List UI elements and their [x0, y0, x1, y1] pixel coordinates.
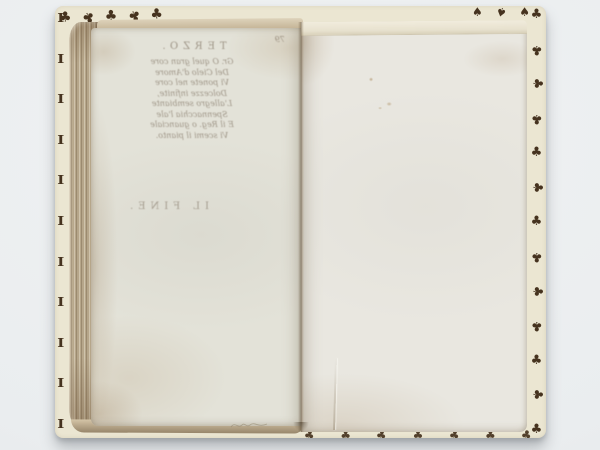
pattern-motif-icon: ♣: [531, 319, 543, 332]
ghost-verse-line: Vi ponete nel core: [99, 78, 285, 89]
gutter-bottom-shadow: [291, 422, 311, 437]
pattern-motif-icon: ♣: [531, 354, 543, 367]
deckle-top-edge: [301, 20, 527, 36]
pattern-motif-icon: ♣: [531, 215, 543, 228]
pattern-motif-icon: I: [57, 296, 64, 308]
ghost-verse-line: Del Cielo d'Amore: [99, 68, 285, 79]
pattern-motif-icon: I: [57, 53, 64, 65]
pattern-motif-icon: ♣: [530, 78, 543, 90]
pattern-motif-icon: ♣: [531, 112, 543, 125]
cover-pattern-right-edge-icon: ♣♣♣♣♣♣♣♣♣♣♣♣♣: [527, 8, 546, 436]
ghost-verse-line: Dolcezze infinite,: [99, 89, 285, 100]
pattern-motif-icon: ♣: [531, 423, 543, 436]
pattern-motif-icon: ♣: [531, 43, 543, 56]
pattern-motif-icon: I: [57, 377, 64, 389]
pattern-motif-icon: I: [57, 134, 64, 146]
ghost-header-row: 79 TERZO.: [99, 34, 285, 53]
ghost-verse-line: Gr. O quel gran core: [99, 57, 285, 68]
ghost-il-fine: IL FINE.: [105, 201, 229, 212]
cover-pattern-top-right-icon: ♠♠♠: [472, 6, 530, 21]
open-antique-book: ♣♣♣♣♣ ♠♠♠ IIIIIIIIIII ♣♣♣♣♣♣♣♣♣♣♣♣♣ ♣♣♣♣…: [55, 6, 546, 438]
pattern-motif-icon: I: [57, 12, 64, 24]
pattern-motif-icon: ♣: [531, 250, 543, 263]
book-gutter: [298, 22, 304, 432]
ghost-verse-line: L'allegro sembiante: [99, 99, 285, 110]
ghost-header-terzo: TERZO.: [157, 41, 226, 52]
pattern-motif-icon: ♠: [494, 6, 508, 19]
pattern-motif-icon: I: [57, 215, 64, 227]
pattern-motif-icon: ♣: [531, 146, 543, 159]
pattern-motif-icon: ♣: [530, 389, 543, 401]
ghost-verse-line: Spennacchia l'ale: [99, 110, 285, 121]
pattern-motif-icon: ♣: [59, 10, 72, 24]
photo-background: ♣♣♣♣♣ ♠♠♠ IIIIIIIIIII ♣♣♣♣♣♣♣♣♣♣♣♣♣ ♣♣♣♣…: [0, 0, 600, 450]
pattern-motif-icon: ♠: [472, 6, 483, 18]
pattern-motif-icon: ♠: [519, 6, 530, 18]
cover-pattern-left-edge-icon: IIIIIIIIIII: [55, 12, 66, 430]
ghost-page-number: 79: [275, 35, 285, 44]
left-page: 79 TERZO. Gr. O quel gran core Del Cielo…: [91, 28, 302, 426]
page-crease: [333, 358, 337, 430]
right-page: [301, 22, 527, 432]
pattern-motif-icon: I: [57, 93, 64, 105]
ghost-verse-line: E il Reg. o guanciale: [99, 120, 285, 131]
pattern-motif-icon: I: [57, 174, 64, 186]
ghost-verse-line: Vi scemi il pianto.: [99, 131, 285, 142]
pattern-motif-icon: ♣: [531, 8, 543, 21]
show-through-text-block: 79 TERZO. Gr. O quel gran core Del Cielo…: [99, 34, 285, 141]
pattern-motif-icon: I: [57, 337, 64, 349]
pattern-motif-icon: I: [57, 418, 64, 430]
pattern-motif-icon: I: [57, 256, 64, 268]
pattern-motif-icon: ♣: [530, 182, 543, 194]
handwritten-flourish: [229, 416, 269, 432]
pattern-motif-icon: ♣: [530, 285, 543, 297]
